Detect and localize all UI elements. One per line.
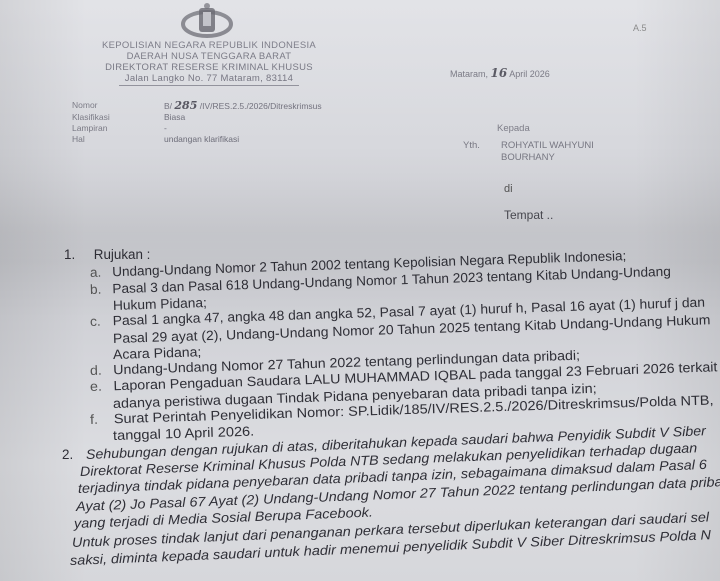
rujukan-marker: b. (90, 281, 113, 297)
corner-code: A.5 (633, 23, 647, 33)
rujukan-marker: d. (90, 362, 114, 378)
klasifikasi-value: Biasa (164, 112, 185, 123)
letter-page: A.5 KEPOLISIAN NEGARA REPUBLIK INDONESIA… (0, 0, 720, 581)
letterhead-line3: DIREKTORAT RESERSE KRIMINAL KHUSUS (74, 62, 344, 73)
kepada-label: Kepada (497, 123, 530, 134)
letterhead-line1: KEPOLISIAN NEGARA REPUBLIK INDONESIA (74, 40, 344, 51)
nomor-suffix: /IV/RES.2.5./2026/Ditreskrimsus (200, 101, 322, 111)
nomor-value: B/ 285 /IV/RES.2.5./2026/Ditreskrimsus (164, 100, 322, 112)
date-day-handwritten: 16 (491, 66, 508, 80)
section1-number: 1. (64, 247, 75, 262)
nomor-handwritten: 285 (174, 99, 197, 112)
hal-label: Hal (72, 134, 164, 145)
letter-date: Mataram, 16 April 2026 (450, 66, 550, 80)
police-crest-icon (176, 2, 238, 38)
section1-title: Rujukan : (94, 247, 151, 262)
nomor-prefix: B/ (164, 101, 172, 111)
section1-heading: 1. Rujukan : (64, 247, 150, 262)
di-label: di (504, 183, 513, 195)
nomor-label: Nomor (72, 100, 164, 112)
recipient-name-line2: BOURHANY (501, 152, 594, 164)
rujukan-marker: e. (90, 379, 114, 395)
rujukan-marker: c. (90, 313, 113, 329)
klasifikasi-label: Klasifikasi (72, 112, 164, 123)
letterhead-address: Jalan Langko No. 77 Mataram, 83114 (119, 73, 299, 86)
date-place: Mataram, (450, 69, 488, 79)
rujukan-marker: a. (90, 265, 113, 281)
hal-value: undangan klarifikasi (164, 134, 239, 145)
letter-meta: Nomor B/ 285 /IV/RES.2.5./2026/Ditreskri… (72, 100, 322, 145)
recipient-name-line1: ROHYATIL WAHYUNI (501, 140, 594, 152)
section2-number: 2. (62, 447, 73, 462)
recipient: Yth. ROHYATIL WAHYUNI BOURHANY (463, 140, 594, 164)
yth-label: Yth. (463, 140, 501, 164)
letterhead-line2: DAERAH NUSA TENGGARA BARAT (74, 51, 344, 62)
tempat-label: Tempat .. (504, 208, 553, 222)
date-month-year: April 2026 (509, 69, 550, 79)
lampiran-value: - (164, 123, 167, 134)
lampiran-label: Lampiran (72, 123, 164, 134)
rujukan-marker: f. (90, 411, 114, 427)
letterhead: KEPOLISIAN NEGARA REPUBLIK INDONESIA DAE… (74, 40, 344, 86)
